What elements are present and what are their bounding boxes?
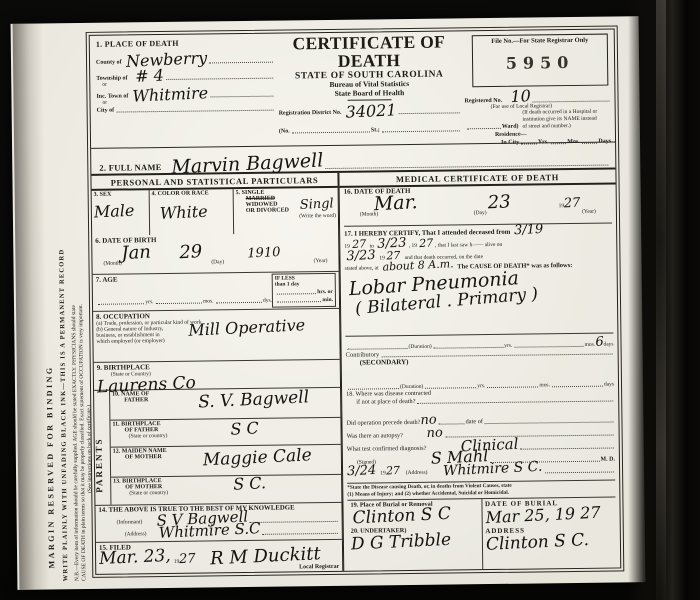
left-edge-shadow (13, 23, 50, 589)
registered-no-value: 10 (510, 90, 531, 104)
form-header: 1. PLACE OF DEATH County of Newberry Tow… (90, 29, 615, 147)
certify-2-post: , that I last saw h—— alive on (435, 242, 502, 249)
dotted-line (348, 382, 399, 390)
father-birthplace-row: 11. BIRTHPLACE OF FATHER (State or count… (110, 418, 340, 448)
certificate-paper: MARGIN RESERVED FOR BINDING WRITE PLAINL… (11, 16, 646, 590)
age-cell: 7. AGE yrs. mos. dys. IF LESS (93, 272, 339, 312)
city-label: City of (97, 108, 115, 114)
street-no-label: (No. (279, 129, 290, 135)
dotted-line (514, 340, 583, 348)
dotted-line (155, 297, 202, 305)
date-of-birth-cell: 6. DATE OF BIRTH Jan 29 1910 (Month) (Da… (92, 233, 338, 275)
burial-date-value: Mar 25, 19 27 (485, 506, 600, 524)
burial-right-cell: DATE OF BURIAL Mar 25, 19 27 ADDRESS Cli… (482, 497, 616, 569)
certify-2-mid: , 19 (409, 243, 417, 249)
file-number-box: File No.—For State Registrar Only 5950 (472, 34, 609, 88)
certify-time-value: about 8 A.m. (382, 260, 453, 272)
marital-note: (Write the word) (236, 213, 336, 220)
full-name-value: Marvin Bagwell (171, 153, 324, 175)
age-yrs-label: yrs. (145, 299, 153, 305)
father-bp-value: S C (230, 423, 259, 437)
dotted-line (425, 381, 476, 389)
township-label: Township of (96, 75, 127, 81)
operation-value: no (420, 415, 437, 426)
dob-sub-year: (Year) (314, 258, 328, 264)
inc-town-value: Whitmire (132, 87, 208, 103)
dotted-line (166, 71, 273, 79)
dod-month: Mar. (373, 195, 417, 212)
informant-sublabel: (Informant) (117, 520, 143, 526)
file-number-label: File No.—For State Registrar Only (473, 35, 607, 46)
parents-vertical-strip: PARENTS (94, 391, 111, 505)
binding-highlight-streak (656, 0, 666, 600)
filed-cell: 15. FILED Mar. 23, 19 27 R M Duckitt Loc… (96, 539, 342, 573)
dotted-line (209, 55, 273, 63)
parents-block: PARENTS 10. NAME OF FATHER S. V. Bagwell… (94, 388, 341, 505)
medical-certificate-column: MEDICAL CERTIFICATE OF DEATH 16. DATE OF… (338, 169, 620, 570)
certificate-title: CERTIFICATE OF DEATH (276, 33, 462, 70)
father-name-row: 10. NAME OF FATHER S. V. Bagwell (110, 388, 340, 421)
burial-place-value: Clinton S C (352, 508, 451, 526)
dotted-line (215, 296, 262, 304)
sex-label: 3. SEX (94, 191, 147, 198)
hospital-note: (If death occurred in a Hospital or inst… (522, 108, 600, 130)
registrar-section: File No.—For State Registrar Only 5950 R… (462, 29, 615, 143)
signed-address-value: Whitmire S C. (443, 461, 543, 477)
dotted-line (398, 106, 459, 114)
full-name-label: 2. FULL NAME (99, 162, 162, 173)
duration1-days-value: 6 (595, 337, 604, 348)
dotted-line (545, 466, 614, 474)
age-label: 7. AGE (96, 274, 272, 284)
dotted-line (210, 90, 274, 98)
dotted-line (292, 126, 370, 134)
dotted-line (467, 122, 501, 129)
q18-line-2: if not at place of death? (356, 398, 415, 406)
dod-day: 23 (487, 195, 511, 210)
informant-address-label: (Address) (125, 532, 147, 538)
ward-label: Ward) (502, 124, 519, 130)
margin-note-permanent-record: WRITE PLAINLY WITH UNFADING BLACK INK—TH… (58, 249, 69, 582)
age-dys-label: dys. (263, 298, 272, 304)
sex-value: Male (94, 205, 135, 220)
dob-month: Jan (121, 246, 151, 262)
sex-race-marital-row: 3. SEX Male 4. COLOR OR RACE White 5. SI… (92, 188, 339, 236)
dob-sub-month: (Month) (103, 261, 121, 267)
dotted-line (347, 342, 407, 350)
undertaker-address-value: Clinton S C. (485, 534, 589, 552)
dotted-line (552, 380, 603, 388)
certificate-title-section: CERTIFICATE OF DEATH STATE OF SOUTH CARO… (276, 31, 463, 145)
dotted-line (520, 442, 614, 450)
certify-block: 17. I HEREBY CERTIFY, That I attended de… (344, 224, 613, 337)
marital-value: Singl (300, 199, 334, 211)
dod-sub-day: (Day) (474, 210, 487, 216)
undertaker-signature: D G Tribble (351, 534, 452, 552)
age-mos-label: mos. (203, 299, 214, 305)
dotted-line (277, 287, 316, 294)
secondary-label: (SECONDARY) (360, 356, 614, 367)
registration-district-label: Registration District No. (279, 110, 342, 117)
race-value: White (160, 206, 208, 221)
local-registrar-signature: R M Duckitt (210, 547, 321, 567)
township-value: # 4 (135, 69, 164, 83)
dotted-line (382, 124, 460, 132)
mother-bp-value: S C. (233, 478, 266, 492)
signed-date: 3/24 (347, 466, 377, 478)
dob-day: 29 (179, 245, 203, 260)
personal-particulars-column: PERSONAL AND STATISTICAL PARTICULARS 3. … (91, 173, 343, 574)
mother-birthplace-row: 13. BIRTHPLACE OF MOTHER (State or count… (111, 475, 341, 505)
informant-cell: 14. THE ABOVE IS TRUE TO THE BEST OF MY … (95, 502, 341, 542)
street-label: St.; (371, 127, 380, 133)
if-less-box: IF LESS than 1 day hrs. or min. (272, 273, 336, 308)
dotted-line (532, 94, 609, 102)
registration-district-value: 34021 (345, 105, 396, 120)
dod-year-hw: 27 (564, 198, 581, 209)
board-line: State Board of Health (276, 88, 462, 99)
certify-2-y2: 27 (419, 240, 433, 249)
sex-cell: 3. SEX Male (92, 190, 151, 236)
place-of-death-title: 1. PLACE OF DEATH (96, 38, 274, 49)
autopsy-value: no (427, 428, 444, 439)
margin-note-binding: MARGIN RESERVED FOR BINDING (45, 365, 56, 568)
date-of-death-cell: 16. DATE OF DEATH Mar. 23 19 27 (Month) … (344, 185, 612, 227)
certify-lastseen-value: 3/23 (346, 251, 376, 263)
if-less-4: min. (322, 297, 333, 303)
inc-town-label: Inc. Town of (96, 94, 128, 100)
dotted-line (417, 395, 613, 404)
informant-address-value: Whitmire S.C (158, 522, 260, 539)
contributory-row: Contributory (SECONDARY) (346, 348, 614, 377)
occupation-cell: 8. OCCUPATION (a) Trade, profession, or … (93, 309, 340, 363)
dotted-line (487, 380, 538, 388)
dotted-line (98, 297, 145, 305)
burial-left-cell: 19. Place of Burial or Removal Clinton S… (347, 499, 482, 571)
certify-from-value: 3/19 (514, 225, 544, 237)
dob-sub-day: (Day) (211, 260, 224, 266)
filed-date: Mar. 23, (99, 550, 171, 567)
race-label: 4. COLOR OR RACE (152, 190, 231, 197)
dotted-line (439, 417, 465, 424)
dotted-line (116, 104, 274, 113)
dotted-line (434, 341, 503, 349)
parents-label: PARENTS (94, 438, 105, 493)
filed-year-hw: 27 (179, 554, 196, 565)
county-label: County of (96, 59, 122, 65)
marital-cell: 5. SINGLE MARRIED WIDOWED OR DIVORCED (W… (234, 188, 339, 234)
certify-4-pre: stated above, at (345, 266, 379, 272)
file-number-value: 5950 (473, 53, 607, 74)
md-label: M. D. (600, 456, 615, 462)
dotted-line (250, 515, 338, 523)
signed-year-hw: 27 (386, 467, 400, 476)
race-cell: 4. COLOR OR RACE White (150, 189, 235, 235)
signed-address-label: (Address) (406, 470, 428, 476)
signed-row: (Signed) S Mahl M. D. 3/24 19 27 (Addres… (347, 450, 615, 483)
certificate-form: 1. PLACE OF DEATH County of Newberry Tow… (89, 28, 622, 574)
mother-name-row: 12. MAIDEN NAME OF MOTHER Maggie Cale (111, 445, 341, 478)
father-name-value: S. V. Bagwell (198, 392, 309, 411)
mother-name-value: Maggie Cale (203, 450, 312, 469)
dotted-line (262, 527, 338, 535)
q18-row: 18. Where was disease contracted if not … (346, 388, 614, 413)
signed-year-print: 19 (380, 470, 386, 476)
dod-sub-year: (Year) (582, 209, 596, 215)
dob-year: 1910 (248, 248, 282, 260)
place-of-death-section: 1. PLACE OF DEATH County of Newberry Tow… (90, 34, 277, 148)
dotted-line (277, 295, 322, 303)
scanned-document: MARGIN RESERVED FOR BINDING WRITE PLAINL… (0, 0, 700, 600)
margin-note-instructions: (See instructions on back of certificate… (86, 405, 93, 493)
form-columns: PERSONAL AND STATISTICAL PARTICULARS 3. … (91, 167, 620, 573)
burial-undertaker-grid: 19. Place of Burial or Removal Clinton S… (347, 497, 616, 571)
